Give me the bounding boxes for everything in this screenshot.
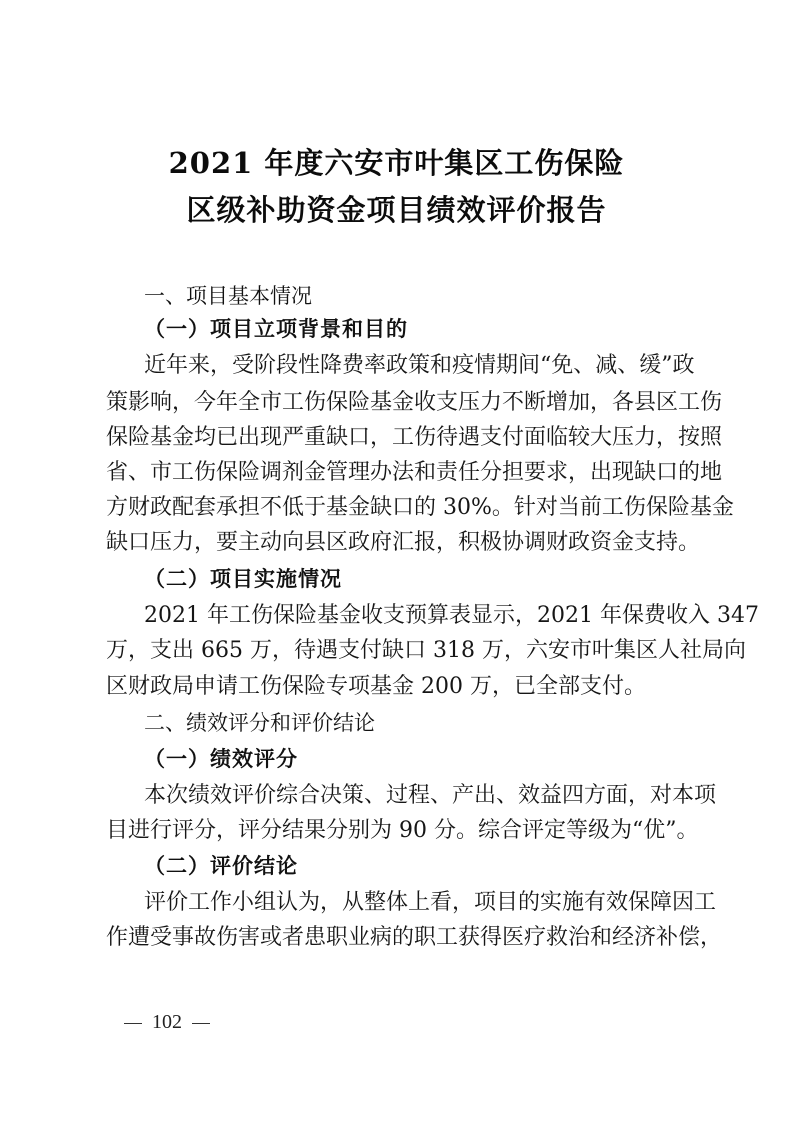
paragraph-line: 目进行评分，评分结果分别为 90 分。综合评定等级为“优”。	[106, 814, 694, 848]
paragraph-line: 万，支出 665 万，待遇支付缺口 318 万，六安市叶集区人社局向	[106, 634, 694, 668]
paragraph-line: 近年来，受阶段性降费率政策和疫情期间“免、减、缓”政	[144, 349, 694, 383]
section-heading-evaluation: 二、绩效评分和评价结论	[144, 706, 375, 740]
paragraph-line: 方财政配套承担不低于基金缺口的 30%。针对当前工伤保险基金	[106, 491, 694, 525]
page-number-footer: 102	[114, 1008, 220, 1036]
dash-right	[192, 1023, 210, 1024]
section-heading-basic-info: 一、项目基本情况	[144, 279, 312, 313]
paragraph-line: 2021 年工伤保险基金收支预算表显示，2021 年保费收入 347	[144, 599, 694, 633]
dash-left	[124, 1023, 142, 1024]
subsection-heading-background: （一）项目立项背景和目的	[144, 312, 408, 346]
paragraph-line: 作遭受事故伤害或者患职业病的职工获得医疗救治和经济补偿，	[106, 921, 694, 955]
page-number: 102	[152, 1011, 182, 1033]
paragraph-line: 保险基金均已出现严重缺口，工伤待遇支付面临较大压力，按照	[106, 421, 694, 455]
document-page: 2021 年度六安市叶集区工伤保险 区级补助资金项目绩效评价报告 一、项目基本情…	[0, 0, 793, 1122]
paragraph-line: 省、市工伤保险调剂金管理办法和责任分担要求，出现缺口的地	[106, 456, 694, 490]
paragraph-line: 策影响，今年全市工伤保险基金收支压力不断增加，各县区工伤	[106, 386, 694, 420]
paragraph-line: 本次绩效评价综合决策、过程、产出、效益四方面，对本项	[144, 779, 694, 813]
paragraph-line: 区财政局申请工伤保险专项基金 200 万，已全部支付。	[106, 670, 694, 704]
subsection-heading-conclusion: （二）评价结论	[144, 849, 298, 883]
report-title-line-1: 2021 年度六安市叶集区工伤保险	[0, 143, 793, 183]
subsection-heading-score: （一）绩效评分	[144, 742, 298, 776]
paragraph-line: 评价工作小组认为，从整体上看，项目的实施有效保障因工	[144, 886, 694, 920]
paragraph-line: 缺口压力，要主动向县区政府汇报，积极协调财政资金支持。	[106, 526, 694, 560]
subsection-heading-implementation: （二）项目实施情况	[144, 562, 342, 596]
report-title-line-2: 区级补助资金项目绩效评价报告	[0, 190, 793, 230]
